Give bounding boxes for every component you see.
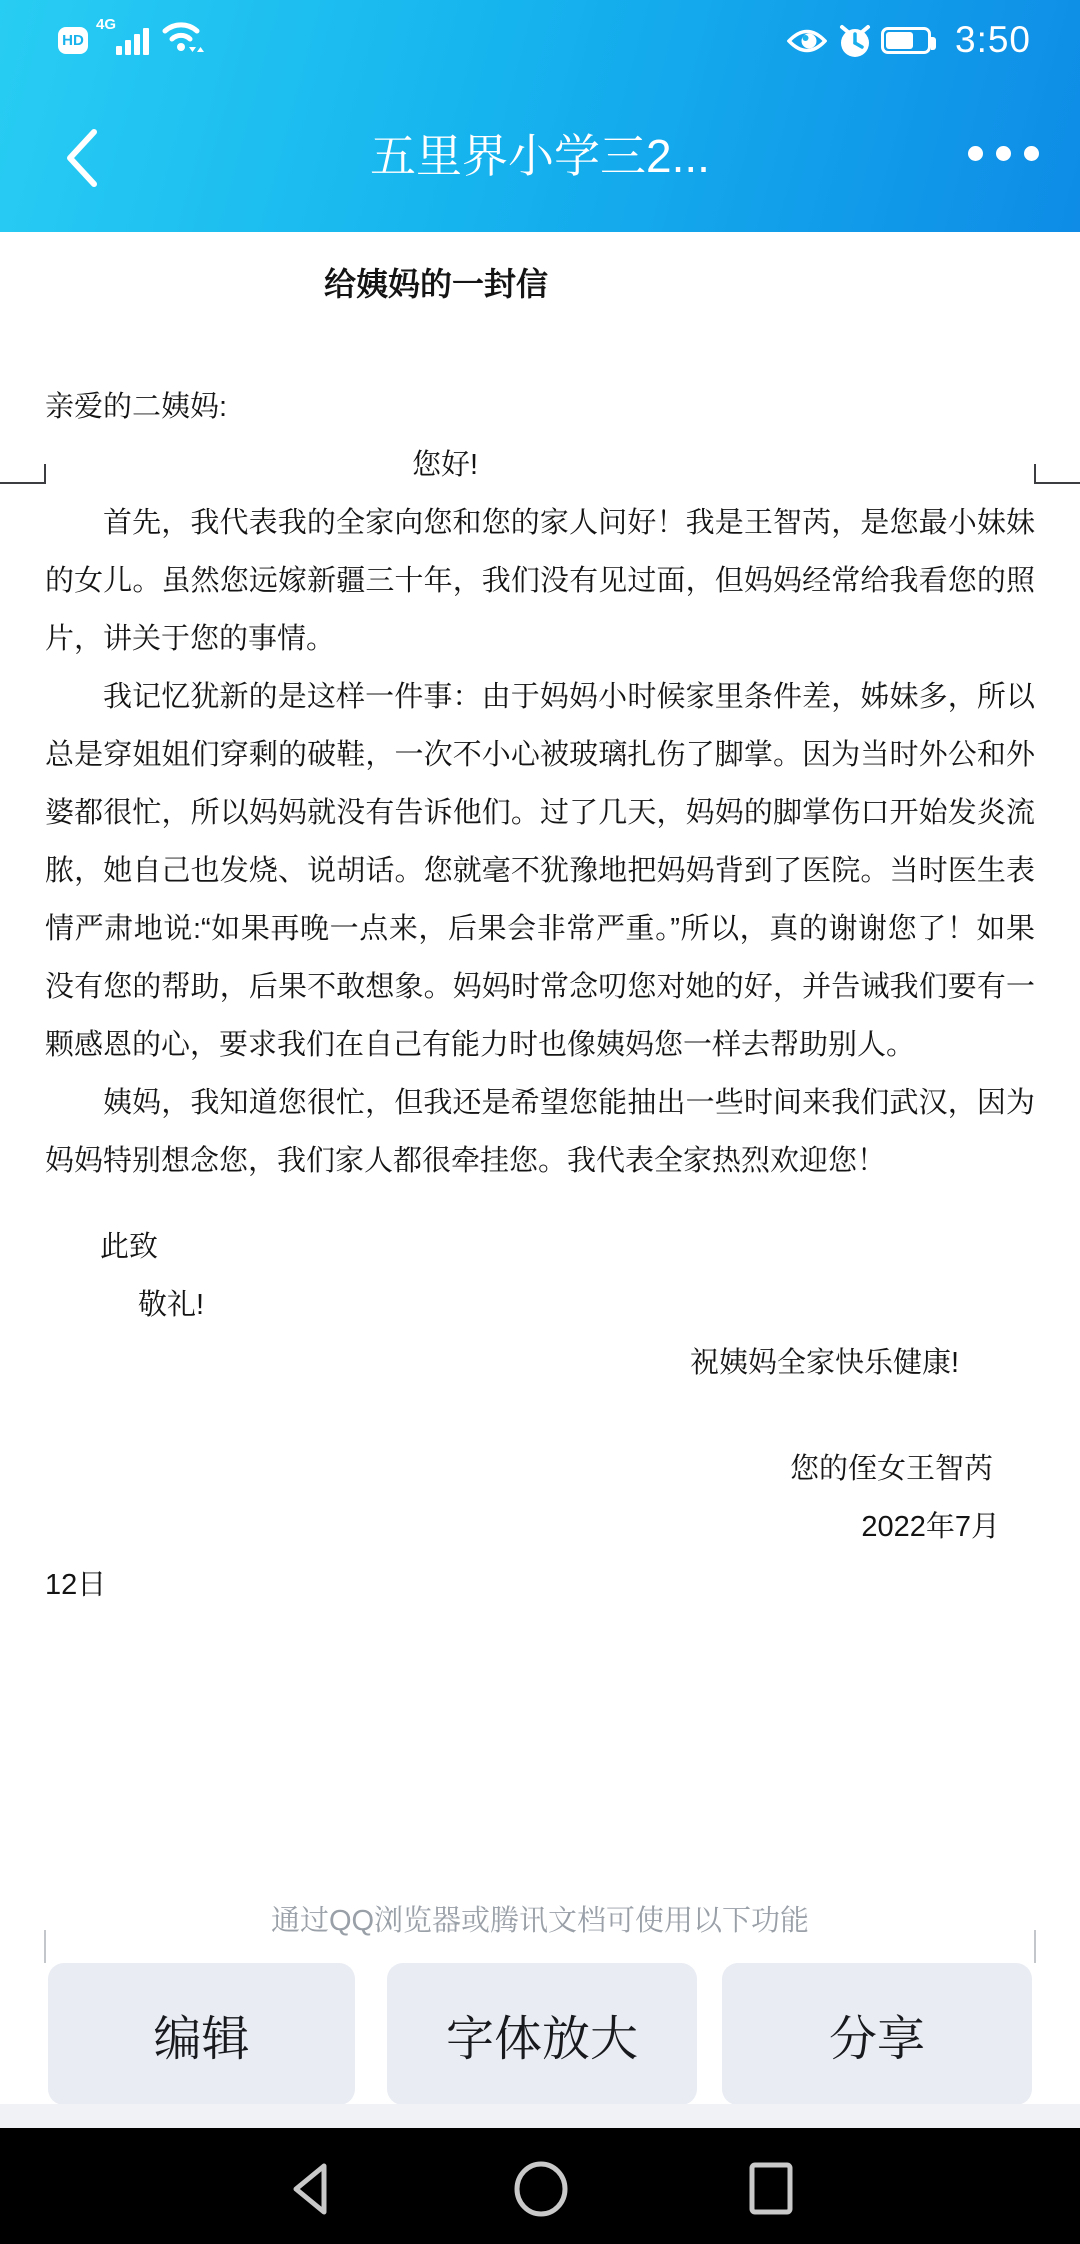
nav-back-icon[interactable] (286, 2161, 334, 2217)
more-options-icon[interactable] (968, 146, 1046, 166)
page-title: 五里界小学三2... (160, 120, 920, 192)
letter-paragraph: 我记忆犹新的是这样一件事：由于妈妈小时候家里条件差，姊妹多，所以总是穿姐姐们穿剩… (45, 668, 1035, 1074)
letter-closing: 此致 (45, 1218, 1035, 1276)
letter-paragraph: 姨妈，我知道您很忙，但我还是希望您能抽出一些时间来我们武汉，因为妈妈特别想念您，… (45, 1074, 1035, 1190)
letter-wish: 祝姨妈全家快乐健康! (45, 1334, 1035, 1392)
app-header: HD 4G (0, 0, 1080, 232)
letter-body: 给姨妈的一封信 亲爱的二姨妈: 您好! 首先，我代表我的全家向您和您的家人问好！… (45, 262, 1035, 1614)
letter-salutation: 亲爱的二姨妈: (45, 378, 1035, 436)
gesture-strip (0, 2104, 1080, 2128)
back-icon[interactable] (58, 124, 106, 192)
letter-date-line2: 12日 (45, 1556, 1035, 1614)
alarm-clock-icon (836, 22, 874, 60)
doc-title: 给姨妈的一封信 (324, 262, 1035, 306)
share-button[interactable]: 分享 (722, 1963, 1032, 2105)
page-margin-mark (0, 482, 45, 484)
feature-hint-text: 通过QQ浏览器或腾讯文档可使用以下功能 (0, 1898, 1080, 1939)
letter-salute: 敬礼! (45, 1276, 1035, 1334)
page-margin-mark (44, 1930, 46, 1963)
nav-home-icon[interactable] (512, 2161, 570, 2217)
status-time: 3:50 (955, 19, 1031, 61)
nav-recents-icon[interactable] (748, 2161, 794, 2217)
edit-button[interactable]: 编辑 (48, 1963, 355, 2105)
status-bar: HD 4G (0, 0, 1080, 70)
wifi-icon (160, 16, 204, 56)
cellular-signal-icon (116, 28, 152, 55)
letter-date-line1: 2022年7月 (45, 1498, 1035, 1556)
page-margin-mark (1034, 1930, 1036, 1963)
android-nav-bar (0, 2128, 1080, 2244)
letter-greeting: 您好! (45, 436, 1035, 494)
title-bar: 五里界小学三2... (0, 112, 1080, 202)
battery-icon (881, 27, 931, 54)
network-type-label: 4G (96, 16, 116, 33)
letter-signature: 您的侄女王智芮 (45, 1440, 1035, 1498)
hd-voice-icon: HD (58, 27, 88, 54)
bottom-action-bar: 编辑 字体放大 分享 (0, 1963, 1080, 2105)
letter-paragraph: 首先，我代表我的全家向您和您的家人问好！我是王智芮，是您最小妹妹的女儿。虽然您远… (45, 494, 1035, 668)
page-margin-mark (1035, 482, 1080, 484)
font-enlarge-button[interactable]: 字体放大 (387, 1963, 697, 2105)
eye-comfort-icon (787, 27, 827, 55)
phone-screen: HD 4G (0, 0, 1080, 2244)
